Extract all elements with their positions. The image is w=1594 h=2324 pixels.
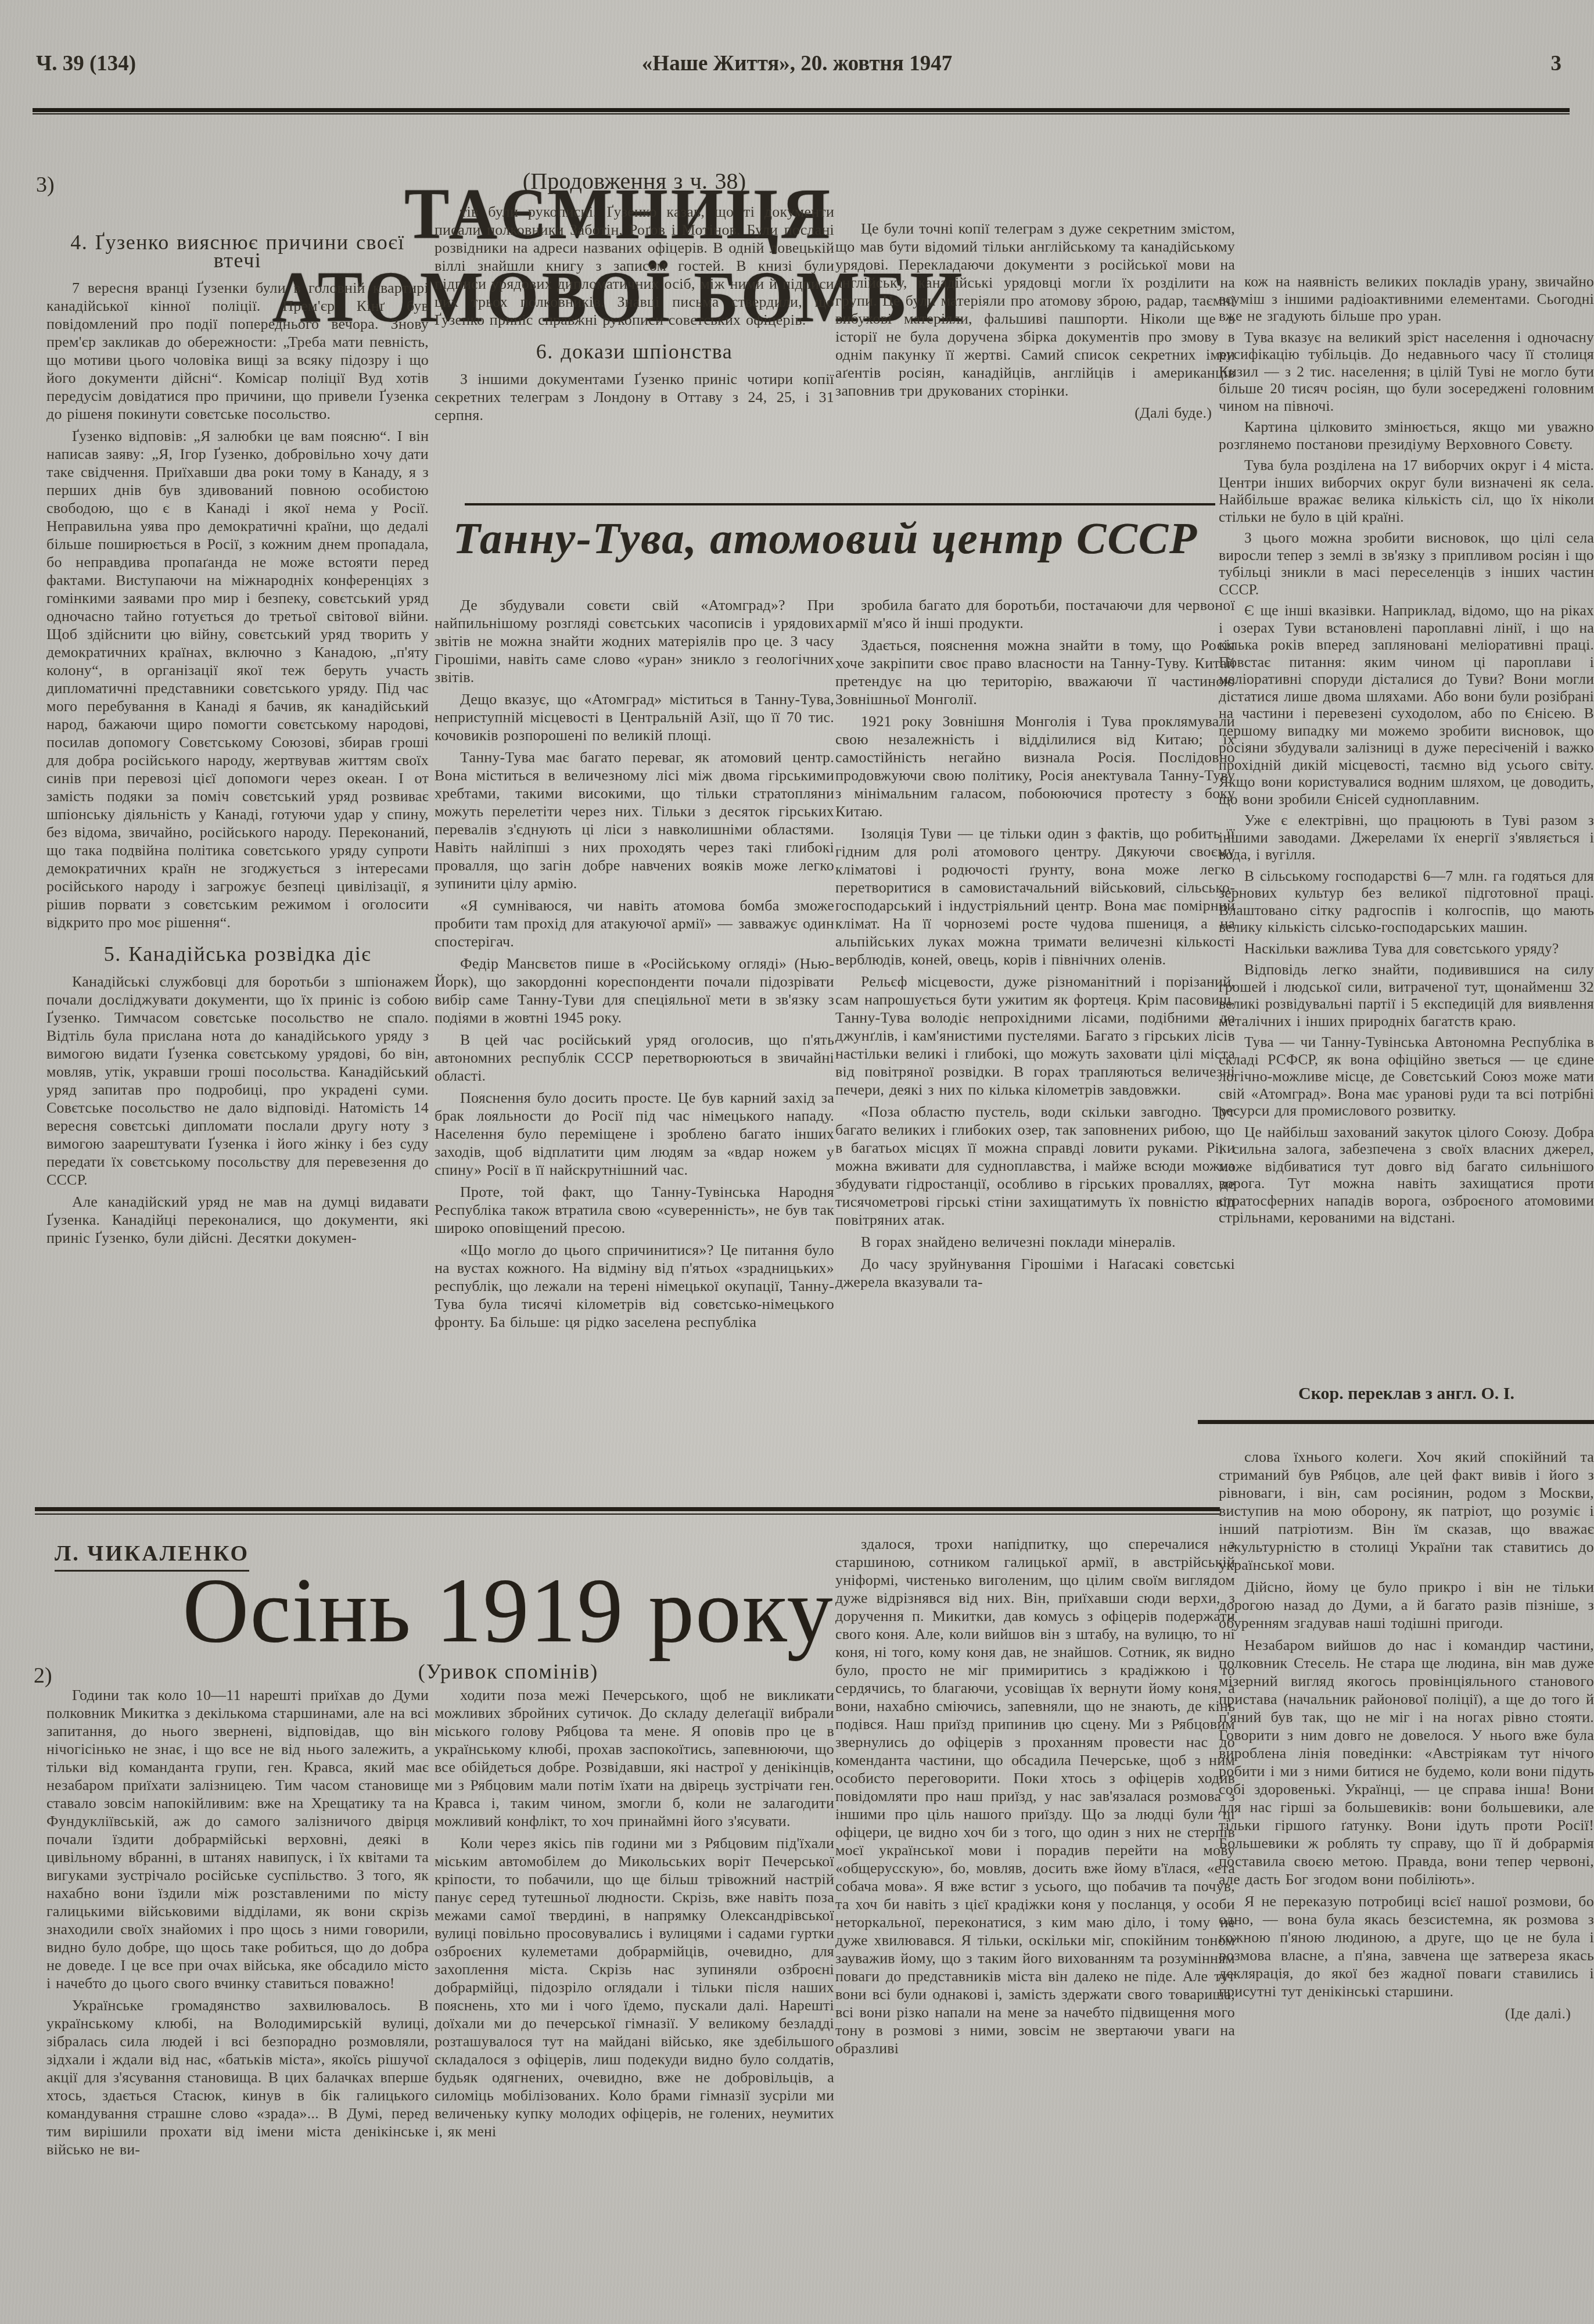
masthead: «Наше Життя», 20. жовтня 1947: [0, 51, 1594, 76]
paragraph: Тува була розділена на 17 виборчих округ…: [1219, 457, 1594, 525]
paragraph: Пояснення було досить просте. Це був кар…: [435, 1089, 834, 1179]
bomb-column-1: 4. Ґузенко вияснює причини своєї втечі 7…: [46, 220, 429, 1573]
to-be-continued-note: (Далі буде.): [835, 404, 1235, 422]
bomb-col2b-paragraphs: З іншими документами Ґузенко приніс чоти…: [435, 370, 834, 424]
paragraph: Українське громадянство захвилювалось. В…: [46, 1996, 429, 2158]
paragraph: Федір Мансвєтов пише в «Російському огля…: [435, 955, 834, 1027]
paragraph: Уже є електрівні, що працюють в Туві раз…: [1219, 812, 1594, 863]
paragraph: З іншими документами Ґузенко приніс чоти…: [435, 370, 834, 424]
paragraph: З цього можна зробити висновок, що цілі …: [1219, 529, 1594, 598]
to-be-continued-note: (Іде далі.): [1219, 2004, 1594, 2022]
paragraph: Я не переказую потробиці всієї нашої роз…: [1219, 1892, 1594, 2000]
tuva-col1-paragraphs: Де збудували совєти свій «Атомград»? При…: [435, 596, 834, 1331]
section-heading: 5. Канадійська розвідка діє: [46, 945, 429, 963]
paragraph: Ґузенко відповів: „Я залюбки це вам пояс…: [46, 427, 429, 931]
paragraph: Години так коло 10—11 нарешті приїхав до…: [46, 1686, 429, 1992]
bomb-col1-paragraphs: 7 вересня вранці Ґузенки були в головній…: [46, 279, 429, 931]
memoir-col2-paragraphs: ходити поза межі Печерського, щоб не вик…: [435, 1686, 834, 2140]
paragraph: Здається, пояснення можна знайти в тому,…: [835, 636, 1235, 708]
paragraph: зробила багато для боротьби, постачаючи …: [835, 596, 1235, 632]
paragraph: Наскільки важлива Тува для совєтського у…: [1219, 940, 1594, 957]
memoir-column-3: здалося, трохи напідпитку, що сперечалис…: [835, 1535, 1235, 2312]
paragraph: Танну-Тува має багато переваг, як атомов…: [435, 748, 834, 892]
memoir-col3-paragraphs: здалося, трохи напідпитку, що сперечалис…: [835, 1535, 1235, 2057]
paragraph: Але канадійский уряд не мав на думці вид…: [46, 1193, 429, 1247]
paragraph: «Поза областю пустель, води скільки завг…: [835, 1103, 1235, 1229]
paragraph: Відповідь легко знайти, подивившися на с…: [1219, 961, 1594, 1030]
memoir-subtitle: (Уривок спомінів): [139, 1659, 877, 1684]
paragraph: ходити поза межі Печерського, щоб не вик…: [435, 1686, 834, 1830]
memoir-col1-paragraphs: Години так коло 10—11 нарешті приїхав до…: [46, 1686, 429, 2158]
paragraph: Ізоляція Туви — це тільки один з фактів,…: [835, 824, 1235, 969]
paragraph: «Що могло до цього спричинитися»? Це пит…: [435, 1241, 834, 1331]
right-column-divider-rule: [1198, 1420, 1594, 1424]
memoir-column-1: Години так коло 10—11 нарешті приїхав до…: [46, 1686, 429, 2312]
bomb-col3-paragraphs: Це були точні копії телеграм з дуже секр…: [835, 220, 1235, 400]
paragraph: «Я сумніваюся, чи навіть атомова бомба з…: [435, 896, 834, 951]
paragraph: Дійсно, йому це було прикро і він не тіл…: [1219, 1578, 1594, 1632]
paragraph: Канадійські службовці для боротьби з шпі…: [46, 973, 429, 1189]
paragraph: 1921 року Зовнішня Монголія і Тува прокл…: [835, 712, 1235, 820]
memoir-column-4: слова їхнього колеги. Хоч який спокійний…: [1219, 1448, 1594, 2312]
newspaper-page: Ч. 39 (134) «Наше Життя», 20. жовтня 194…: [0, 0, 1594, 2324]
paragraph: Це були точні копії телеграм з дуже секр…: [835, 220, 1235, 400]
memoir-column-2: ходити поза межі Печерського, щоб не вик…: [435, 1686, 834, 2312]
paragraph: здалося, трохи напідпитку, що сперечалис…: [835, 1535, 1235, 2057]
paragraph: Є ще інші вказівки. Наприклад, відомо, щ…: [1219, 602, 1594, 808]
paragraph: Коли через якісь пів години ми з Рябцови…: [435, 1834, 834, 2140]
article-memoir-headline: Осінь 1919 року: [139, 1558, 877, 1664]
paragraph: До часу зруйнування Гірошіми і Наґасакі …: [835, 1255, 1235, 1291]
tuva-column-2: зробила багато для боротьби, постачаючи …: [835, 596, 1235, 1504]
continuation-note: (Продовження з ч. 38): [435, 172, 834, 190]
article-tuva-headline: Танну-Тува, атомовий центр СССР: [435, 512, 1216, 564]
translator-signature: Скор. переклав з англ. О. І.: [1219, 1384, 1594, 1404]
paragraph: В сільському господарстві 6—7 млн. га го…: [1219, 867, 1594, 936]
paragraph: Тува вказує на великий зріст населення і…: [1219, 329, 1594, 415]
paragraph: В горах знайдено величезні поклади мінер…: [835, 1233, 1235, 1251]
paragraph: 7 вересня вранці Ґузенки були в головній…: [46, 279, 429, 423]
bomb-column-3: Це були точні копії телеграм з дуже секр…: [835, 220, 1235, 502]
serial-part-marker: 3): [36, 172, 55, 198]
bomb-column-2: (Продовження з ч. 38) тів були рукописні…: [435, 172, 834, 502]
bomb-col2-paragraphs: тів були рукописні. Ґузенко казав, що ті…: [435, 203, 834, 329]
paragraph: В цей час російський уряд оголосив, що п…: [435, 1031, 834, 1085]
paragraph: Проте, той факт, що Танну-Тувінська Наро…: [435, 1183, 834, 1237]
tuva-col2-paragraphs: зробила багато для боротьби, постачаючи …: [835, 596, 1235, 1291]
paragraph: кож на наявність великих покладів урану,…: [1219, 273, 1594, 325]
paragraph: слова їхнього колеги. Хоч який спокійний…: [1219, 1448, 1594, 1574]
tuva-column-3: кож на наявність великих покладів урану,…: [1219, 273, 1594, 1380]
paragraph: Картина цілковито змінюється, якщо ми ув…: [1219, 418, 1594, 453]
paragraph: Де збудували совєти свій «Атомград»? При…: [435, 596, 834, 686]
section-heading: 6. докази шпіонства: [435, 343, 834, 361]
tuva-top-rule: [465, 503, 1215, 505]
paragraph: Дещо вказує, що «Атомград» міститься в Т…: [435, 690, 834, 744]
memoir-col4-paragraphs: слова їхнього колеги. Хоч який спокійний…: [1219, 1448, 1594, 2000]
paragraph: тів були рукописні. Ґузенко казав, що ті…: [435, 203, 834, 329]
page-number: 3: [1551, 51, 1562, 76]
paragraph: Рельєф місцевости, дуже різноманітний і …: [835, 973, 1235, 1099]
section-heading: 4. Ґузенко вияснює причини своєї втечі: [46, 234, 429, 270]
tuva-col3-paragraphs: кож на наявність великих покладів урану,…: [1219, 273, 1594, 1226]
tuva-column-1: Де збудували совєти свій «Атомград»? При…: [435, 596, 834, 1504]
serial-part-marker: 2): [34, 1663, 52, 1688]
paragraph: Тува — чи Танну-Тувінська Автономна Респ…: [1219, 1034, 1594, 1120]
paragraph: Незабаром вийшов до нас і командир части…: [1219, 1636, 1594, 1888]
memoir-divider-rule: [35, 1507, 1220, 1515]
bomb-col1b-paragraphs: Канадійські службовці для боротьби з шпі…: [46, 973, 429, 1247]
paragraph: Це найбільш захований закуток цілого Сою…: [1219, 1124, 1594, 1226]
header-rule: [33, 108, 1570, 114]
